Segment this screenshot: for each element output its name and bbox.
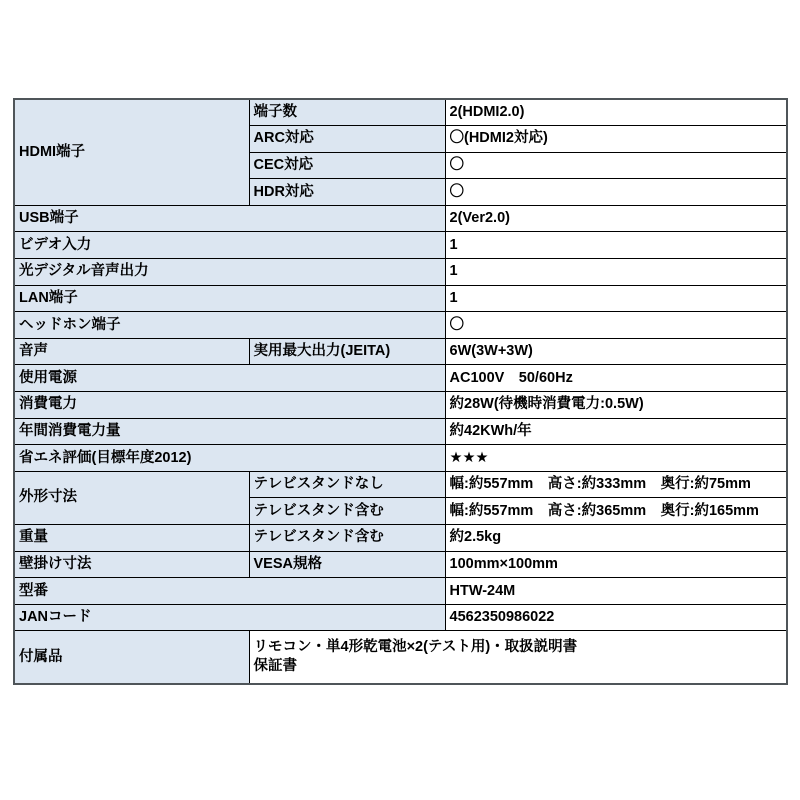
spec-value-cell: 4562350986022 [445,604,787,631]
spec-subcategory-cell: HDR対応 [249,179,445,206]
spec-subcategory-cell: 実用最大出力(JEITA) [249,338,445,365]
spec-category-cell: 重量 [14,525,249,552]
spec-category-cell: ヘッドホン端子 [14,312,445,339]
spec-value-cell: 6W(3W+3W) [445,338,787,365]
spec-value-cell: ★★★ [445,445,787,472]
spec-category-cell: 付属品 [14,631,249,684]
spec-value-cell: 1 [445,232,787,259]
table-row: 音声 実用最大出力(JEITA) 6W(3W+3W) [14,338,787,365]
spec-value-cell: 2(HDMI2.0) [445,99,787,126]
spec-category-cell: ビデオ入力 [14,232,445,259]
spec-category-cell: 消費電力 [14,392,445,419]
table-row: 重量 テレビスタンド含む 約2.5kg [14,525,787,552]
spec-value-cell: 約42KWh/年 [445,418,787,445]
table-row: 年間消費電力量 約42KWh/年 [14,418,787,445]
spec-category-cell: 光デジタル音声出力 [14,259,445,286]
spec-value-cell: リモコン・単4形乾電池×2(テスト用)・取扱説明書 保証書 [249,631,787,684]
spec-category-cell: 省エネ評価(目標年度2012) [14,445,445,472]
spec-category-cell: HDMI端子 [14,99,249,205]
spec-sheet-page: HDMI端子 端子数 2(HDMI2.0) ARC対応 〇(HDMI2対応) C… [0,0,800,800]
spec-value-cell: AC100V 50/60Hz [445,365,787,392]
spec-category-cell: 型番 [14,578,445,605]
table-row: USB端子 2(Ver2.0) [14,205,787,232]
spec-value-cell: 〇 [445,312,787,339]
table-row: 消費電力 約28W(待機時消費電力:0.5W) [14,392,787,419]
spec-value-cell: 1 [445,259,787,286]
spec-category-cell: 外形寸法 [14,471,249,524]
spec-category-cell: JANコード [14,604,445,631]
table-row: HDMI端子 端子数 2(HDMI2.0) [14,99,787,126]
spec-category-cell: 使用電源 [14,365,445,392]
table-row: 外形寸法 テレビスタンドなし 幅:約557mm 高さ:約333mm 奥行:約75… [14,471,787,498]
table-row: 使用電源 AC100V 50/60Hz [14,365,787,392]
spec-subcategory-cell: 端子数 [249,99,445,126]
spec-table: HDMI端子 端子数 2(HDMI2.0) ARC対応 〇(HDMI2対応) C… [13,98,788,685]
spec-value-cell: 幅:約557mm 高さ:約365mm 奥行:約165mm [445,498,787,525]
table-row: 光デジタル音声出力 1 [14,259,787,286]
spec-value-cell: 〇 [445,152,787,179]
spec-value-cell: 〇(HDMI2対応) [445,126,787,153]
spec-category-cell: 音声 [14,338,249,365]
spec-subcategory-cell: VESA規格 [249,551,445,578]
spec-value-cell: 100mm×100mm [445,551,787,578]
spec-value-cell: 〇 [445,179,787,206]
table-row: LAN端子 1 [14,285,787,312]
spec-subcategory-cell: CEC対応 [249,152,445,179]
spec-category-cell: 壁掛け寸法 [14,551,249,578]
table-row: ビデオ入力 1 [14,232,787,259]
table-row: 壁掛け寸法 VESA規格 100mm×100mm [14,551,787,578]
table-row: ヘッドホン端子 〇 [14,312,787,339]
table-row: 省エネ評価(目標年度2012) ★★★ [14,445,787,472]
table-row: JANコード 4562350986022 [14,604,787,631]
table-row: 型番 HTW-24M [14,578,787,605]
spec-value-cell: 2(Ver2.0) [445,205,787,232]
spec-subcategory-cell: テレビスタンド含む [249,525,445,552]
spec-subcategory-cell: テレビスタンド含む [249,498,445,525]
spec-value-cell: 約2.5kg [445,525,787,552]
spec-category-cell: USB端子 [14,205,445,232]
spec-value-cell: HTW-24M [445,578,787,605]
spec-subcategory-cell: テレビスタンドなし [249,471,445,498]
spec-subcategory-cell: ARC対応 [249,126,445,153]
spec-value-cell: 幅:約557mm 高さ:約333mm 奥行:約75mm [445,471,787,498]
spec-category-cell: LAN端子 [14,285,445,312]
spec-value-cell: 1 [445,285,787,312]
spec-category-cell: 年間消費電力量 [14,418,445,445]
spec-value-cell: 約28W(待機時消費電力:0.5W) [445,392,787,419]
table-row: 付属品 リモコン・単4形乾電池×2(テスト用)・取扱説明書 保証書 [14,631,787,684]
